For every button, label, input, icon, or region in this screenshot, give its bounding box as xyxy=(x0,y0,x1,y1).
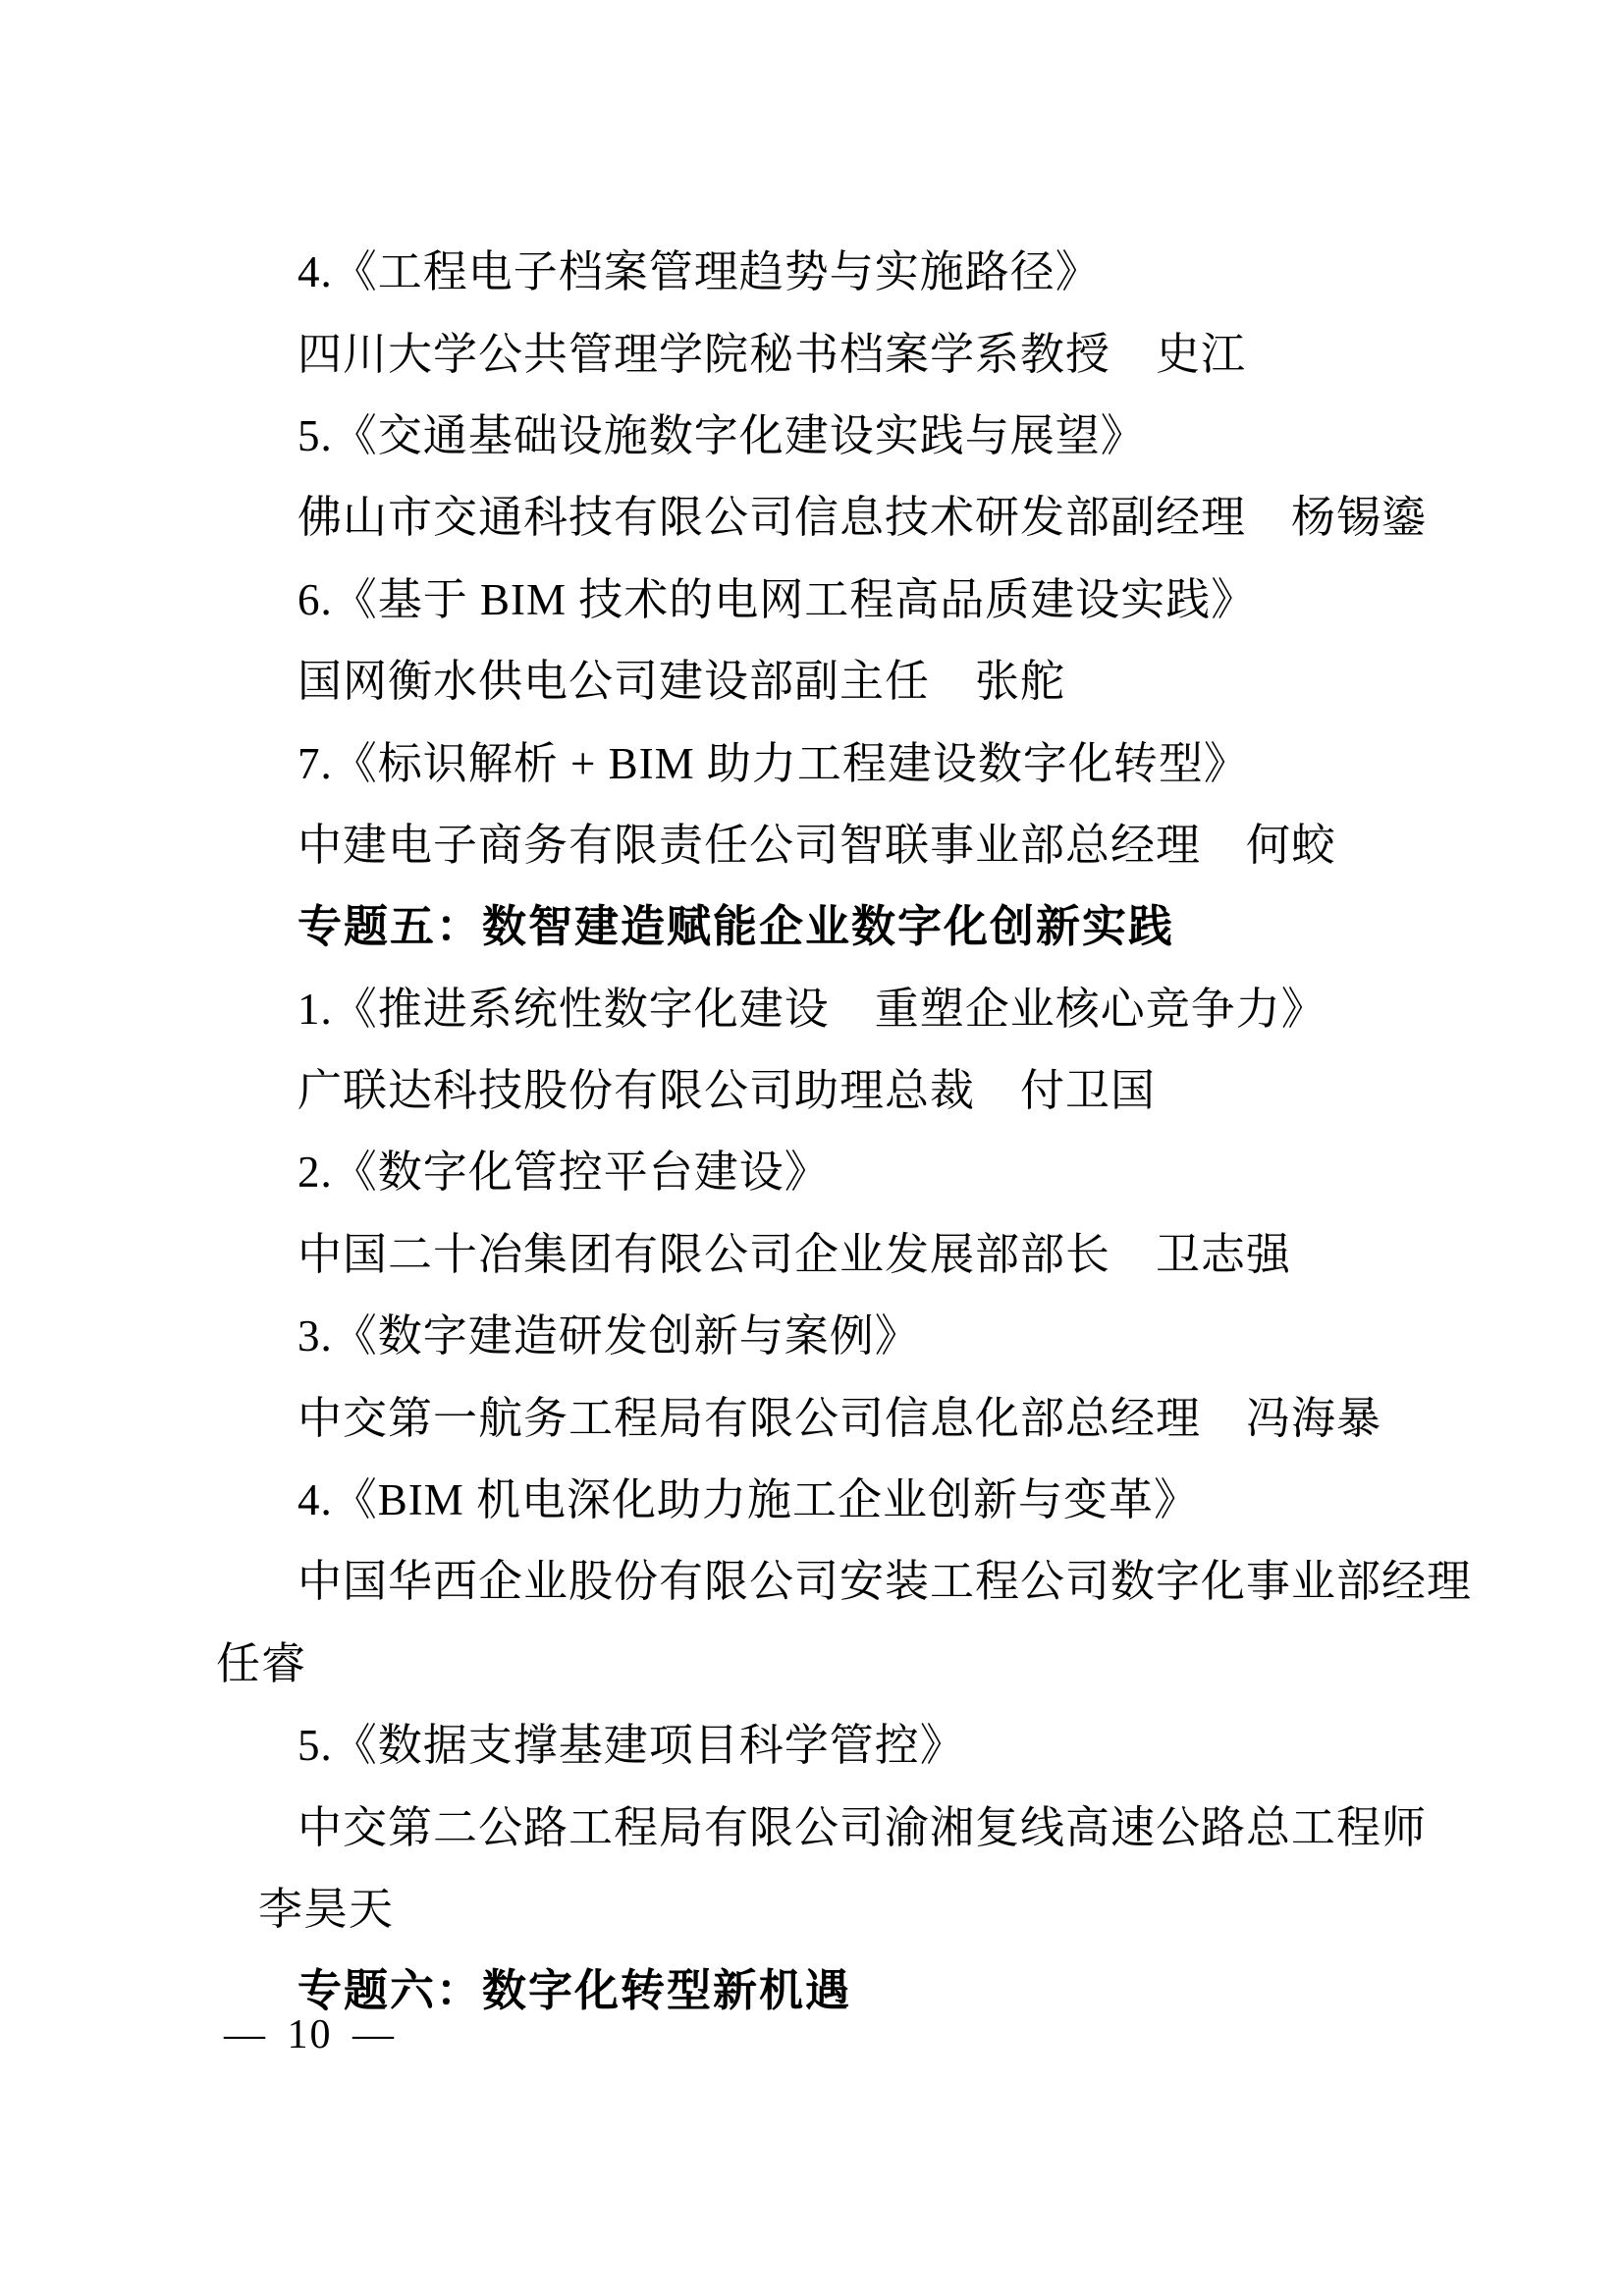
topic5-item-1-presenter: 广联达科技股份有限公司助理总裁 付卫国 xyxy=(0,1050,1623,1132)
item-5-presenter: 佛山市交通科技有限公司信息技术研发部副经理 杨锡鎏 xyxy=(0,477,1623,559)
topic5-item-2-presenter: 中国二十冶集团有限公司企业发展部部长 卫志强 xyxy=(0,1214,1623,1296)
item-5-title: 5.《交通基础设施数字化建设实践与展望》 xyxy=(0,396,1623,477)
topic5-item-2-title: 2.《数字化管控平台建设》 xyxy=(0,1132,1623,1213)
topic5-item-5-title: 5.《数据支撑基建项目科学管控》 xyxy=(0,1705,1623,1787)
item-7-title: 7.《标识解析 + BIM 助力工程建设数字化转型》 xyxy=(0,722,1623,804)
topic5-item-5-presenter-line1: 中交第二公路工程局有限公司渝湘复线高速公路总工程师 xyxy=(0,1787,1623,1868)
topic5-item-5-presenter-line2: 李昊天 xyxy=(0,1869,1623,1950)
topic5-item-4-title: 4.《BIM 机电深化助力施工企业创新与变革》 xyxy=(0,1460,1623,1541)
topic5-item-1-title: 1.《推进系统性数字化建设 重塑企业核心竞争力》 xyxy=(0,969,1623,1050)
item-4-title: 4.《工程电子档案管理趋势与实施路径》 xyxy=(0,232,1623,313)
item-6-title: 6.《基于 BIM 技术的电网工程高品质建设实践》 xyxy=(0,560,1623,641)
item-6-presenter: 国网衡水供电公司建设部副主任 张舵 xyxy=(0,641,1623,722)
document-page: 4.《工程电子档案管理趋势与实施路径》 四川大学公共管理学院秘书档案学系教授 史… xyxy=(0,0,1623,2296)
section-heading-topic5: 专题五：数智建造赋能企业数字化创新实践 xyxy=(0,886,1623,968)
topic5-item-4-presenter-line2: 任睿 xyxy=(0,1624,1623,1705)
agenda-list: 4.《工程电子档案管理趋势与实施路径》 四川大学公共管理学院秘书档案学系教授 史… xyxy=(0,232,1623,2033)
item-4-presenter: 四川大学公共管理学院秘书档案学系教授 史江 xyxy=(0,313,1623,395)
topic5-item-3-title: 3.《数字建造研发创新与案例》 xyxy=(0,1296,1623,1377)
page-number: — 10 — xyxy=(224,2014,396,2056)
item-7-presenter: 中建电子商务有限责任公司智联事业部总经理 何蛟 xyxy=(0,805,1623,886)
topic5-item-4-presenter-line1: 中国华西企业股份有限公司安装工程公司数字化事业部经理 xyxy=(0,1541,1623,1623)
topic5-item-3-presenter: 中交第一航务工程局有限公司信息化部总经理 冯海暴 xyxy=(0,1377,1623,1459)
